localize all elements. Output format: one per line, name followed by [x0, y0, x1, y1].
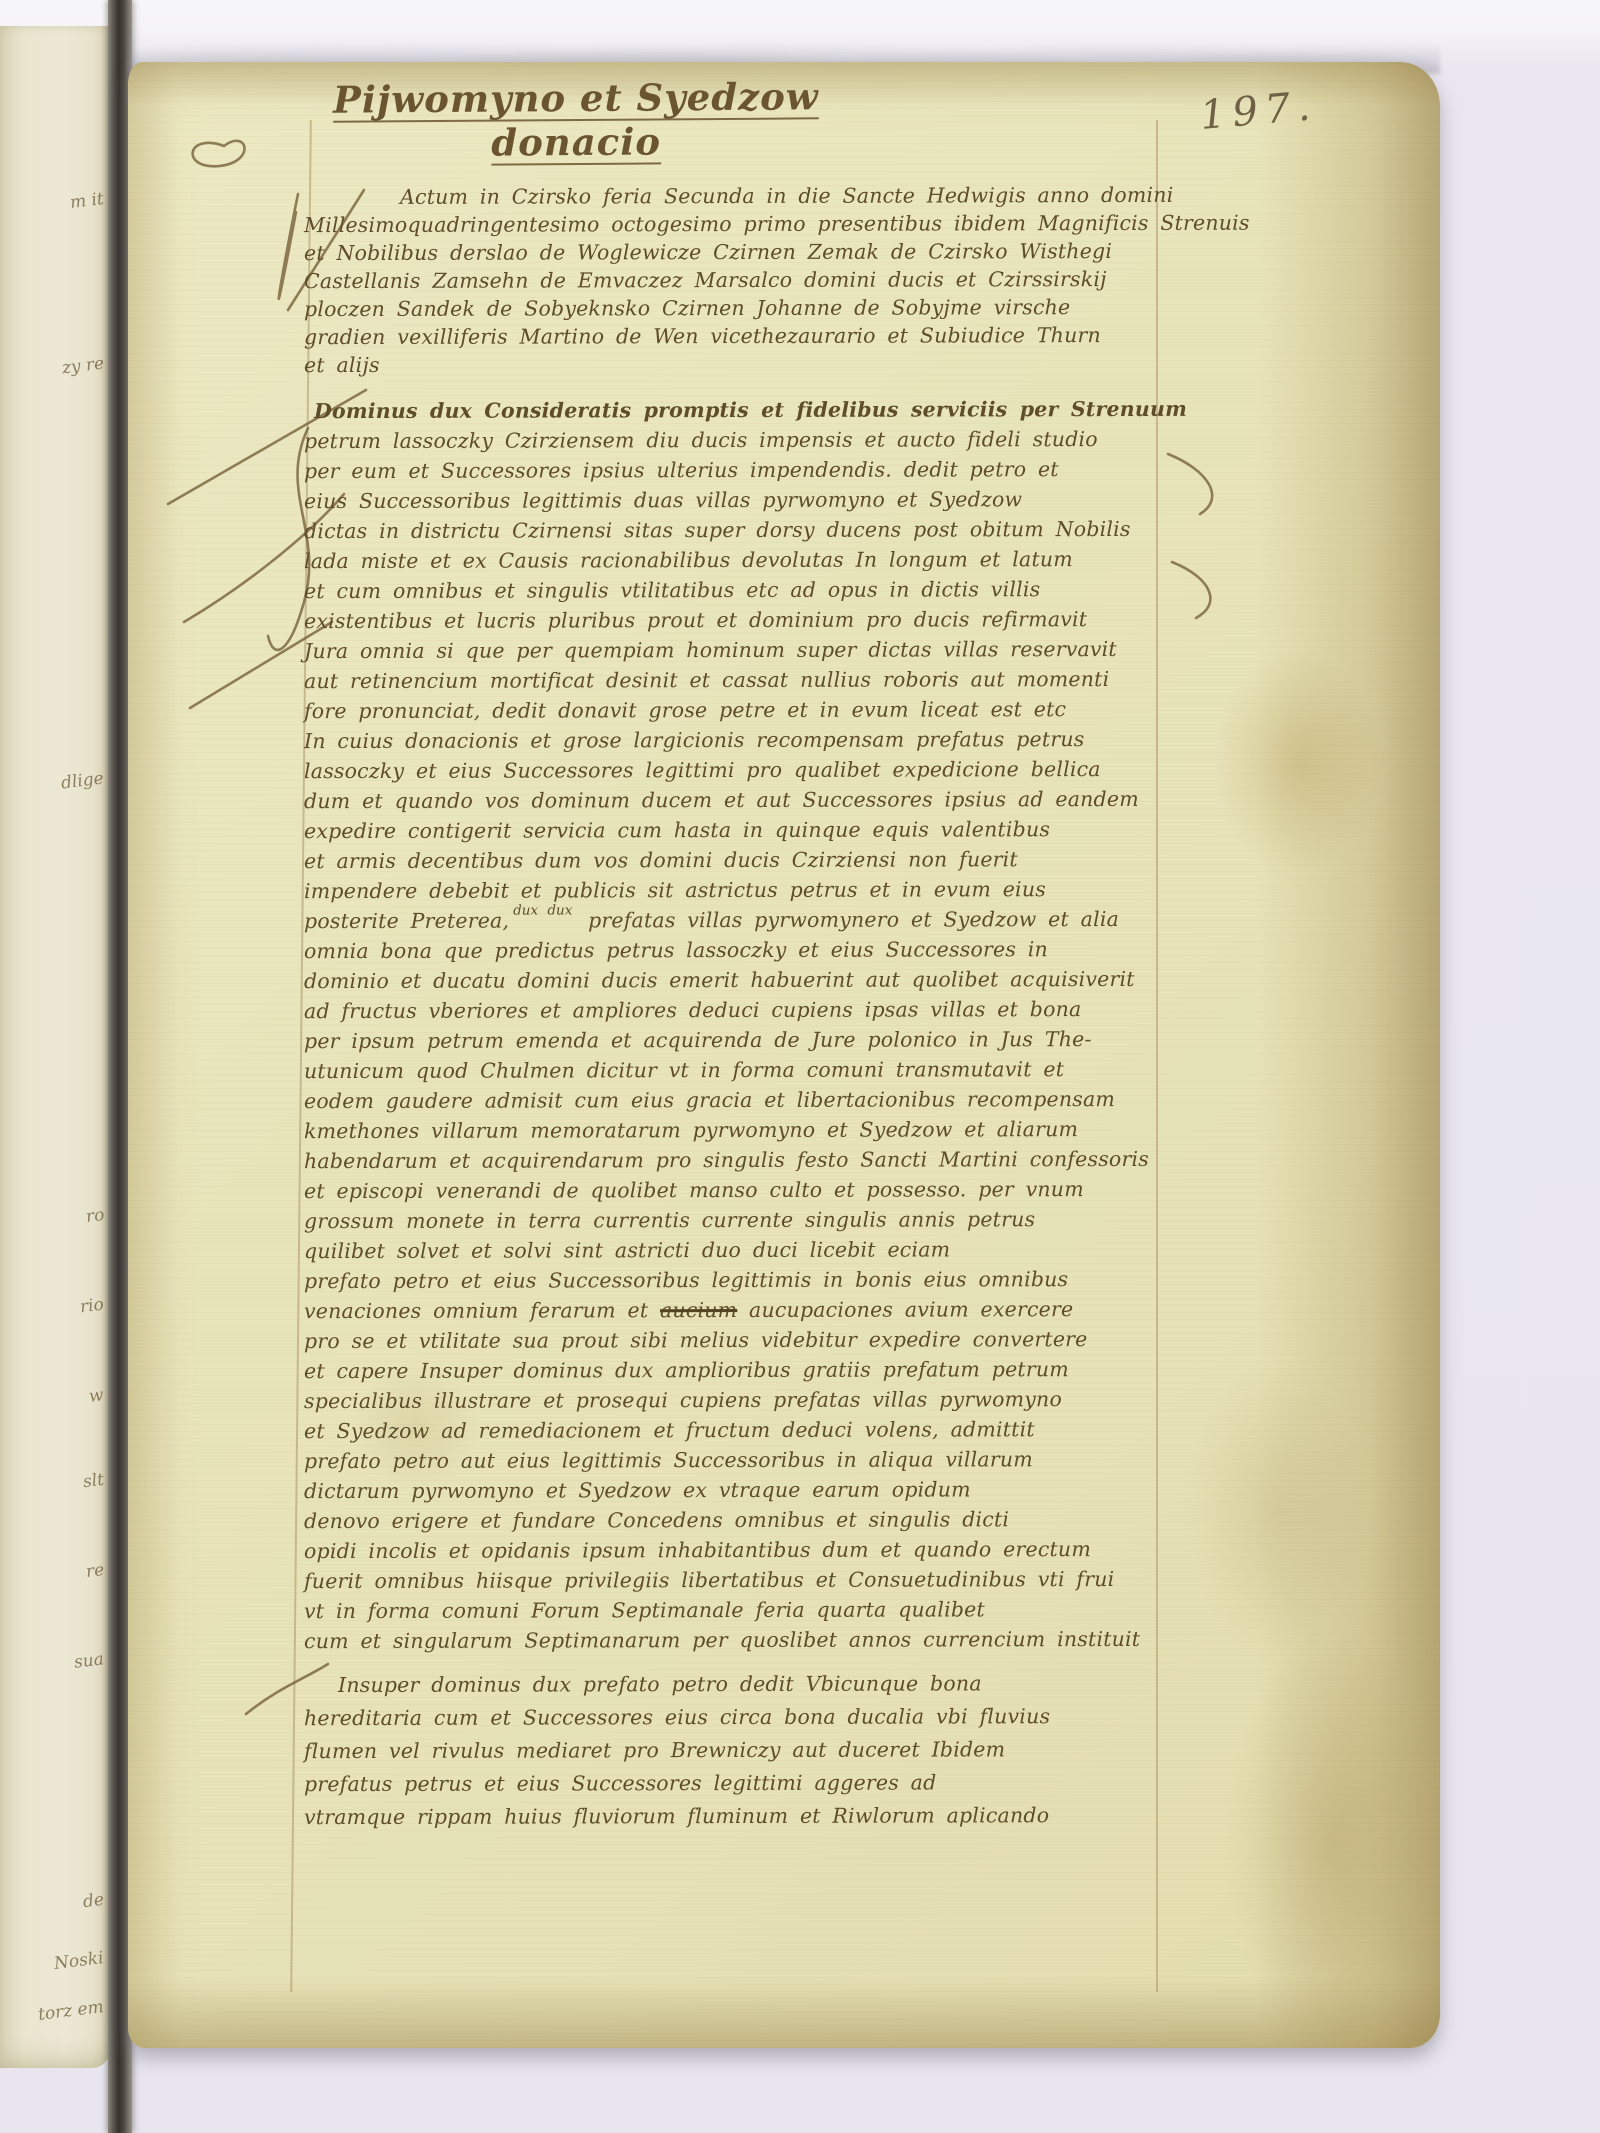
verso-text-fragment: re: [85, 1560, 105, 1582]
text-line: habendarum et acquirendarum pro singulis…: [304, 1144, 1174, 1176]
text-line: et Nobilibus derslao de Woglewicze Czirn…: [304, 237, 1174, 267]
text-line: In cuius donacionis et grose largicionis…: [304, 724, 1174, 756]
text-line: et Syedzow ad remediacionem et fructum d…: [304, 1414, 1174, 1446]
verso-text-fragment: zy re: [61, 354, 105, 379]
text-line: quilibet solvet et solvi sint astricti d…: [304, 1234, 1174, 1266]
interlinear-insertion: dux dux: [513, 902, 572, 918]
text-line: dominio et ducatu domini ducis emerit ha…: [304, 964, 1174, 996]
page-title: Pijwomyno et Syedzow donacio: [296, 74, 857, 166]
text-line: Insuper dominus dux prefato petro dedit …: [304, 1667, 1174, 1702]
text-line: eodem gaudere admisit cum eius gracia et…: [304, 1084, 1174, 1116]
text-line: aut retinencium mortificat desinit et ca…: [304, 664, 1174, 696]
verso-text-fragment: slt: [82, 1470, 105, 1492]
text-line: petrum lassoczky Czirziensem diu ducis i…: [304, 424, 1174, 456]
text-line: ploczen Sandek de Sobyeknsko Czirnen Joh…: [304, 293, 1174, 323]
verso-text-fragment: de: [82, 1890, 105, 1912]
text-line: kmethones villarum memoratarum pyrwomyno…: [304, 1114, 1174, 1146]
paragraph: Dominus dux Consideratis promptis et fid…: [304, 395, 1174, 1655]
text-line: vt in forma comuni Forum Septimanale fer…: [304, 1594, 1174, 1626]
text-line: fore pronunciat, dedit donavit grose pet…: [304, 694, 1174, 726]
text-line: prefato petro et eius Successoribus legi…: [304, 1264, 1174, 1296]
verso-text-fragment: rio: [79, 1295, 105, 1318]
text-line: prefato petro aut eius legittimis Succes…: [304, 1444, 1174, 1476]
text-line: et capere Insuper dominus dux amplioribu…: [304, 1354, 1174, 1386]
text-line: eius Successoribus legittimis duas villa…: [304, 484, 1174, 516]
paragraph: Actum in Czirsko feria Secunda in die Sa…: [304, 182, 1174, 378]
text-line: utunicum quod Chulmen dicitur vt in form…: [304, 1054, 1174, 1086]
text-line: Dominus dux Consideratis promptis et fid…: [304, 394, 1174, 426]
text-line: cum et singularum Septimanarum per quosl…: [304, 1624, 1174, 1656]
text-line: prefatus petrus et eius Successores legi…: [304, 1766, 1174, 1801]
text-line: posterite Preterea,dux dux prefatas vill…: [304, 904, 1174, 936]
verso-text-fragment: m it: [69, 189, 105, 213]
text-line: ad fructus vberiores et ampliores deduci…: [304, 994, 1174, 1026]
text-line: omnia bona que predictus petrus lassoczk…: [304, 934, 1174, 966]
verso-text-fragment: torz em: [37, 1997, 105, 2025]
verso-text-fragment: Noski: [53, 1948, 105, 1974]
text-line: lassoczky et eius Successores legittimi …: [304, 754, 1174, 786]
text-line: pro se et vtilitate sua prout sibi meliu…: [304, 1324, 1174, 1356]
verso-text-fragment: ro: [84, 1205, 105, 1227]
manuscript-page: Pijwomyno et Syedzow donacio 197. Actum …: [128, 62, 1440, 2048]
text-line: flumen vel rivulus mediaret pro Brewnicz…: [304, 1733, 1174, 1768]
text-line: venaciones omnium ferarum et aucium aucu…: [304, 1294, 1174, 1326]
verso-text-fragment: sua: [73, 1649, 105, 1672]
text-line: hereditaria cum et Successores eius circ…: [304, 1700, 1174, 1735]
verso-text-fragment: dlige: [60, 768, 105, 793]
verso-text-fragment: w: [88, 1385, 105, 1407]
text-line: et cum omnibus et singulis vtilitatibus …: [304, 574, 1174, 606]
text-line: gradien vexilliferis Martino de Wen vice…: [304, 321, 1174, 351]
text-line: et alijs: [304, 349, 1174, 379]
text-line: denovo erigere et fundare Concedens omni…: [304, 1504, 1174, 1536]
struck-word: aucium: [660, 1298, 737, 1322]
text-line: per ipsum petrum emenda et acquirenda de…: [304, 1024, 1174, 1056]
text-line: impendere debebit et publicis sit astric…: [304, 874, 1174, 906]
text-line: grossum monete in terra currentis curren…: [304, 1204, 1174, 1236]
text-line: dictas in districtu Czirnensi sitas supe…: [304, 514, 1174, 546]
text-line: vtramque rippam huius fluviorum fluminum…: [304, 1799, 1174, 1834]
text-line: opidi incolis et opidanis ipsum inhabita…: [304, 1534, 1174, 1566]
left-page-edge: m itzy redligeroriowsltresuadeNoskitorz …: [0, 26, 110, 2068]
text-line: dictarum pyrwomyno et Syedzow ex vtraque…: [304, 1474, 1174, 1506]
text-line: et episcopi venerandi de quolibet manso …: [304, 1174, 1174, 1206]
text-line: Castellanis Zamsehn de Emvaczez Marsalco…: [304, 265, 1174, 295]
text-line: existentibus et lucris pluribus prout et…: [304, 604, 1174, 636]
text-line: lada miste et ex Causis racionabilibus d…: [304, 544, 1174, 576]
text-line: dum et quando vos dominum ducem et aut S…: [304, 784, 1174, 816]
text-line: expedire contigerit servicia cum hasta i…: [304, 814, 1174, 846]
text-line: specialibus illustrare et prosequi cupie…: [304, 1384, 1174, 1416]
paragraph: Insuper dominus dux prefato petro dedit …: [304, 1668, 1174, 1833]
folio-number: 197.: [1198, 83, 1319, 139]
text-line: et armis decentibus dum vos domini ducis…: [304, 844, 1174, 876]
text-line: per eum et Successores ipsius ulterius i…: [304, 454, 1174, 486]
text-line: Actum in Czirsko feria Secunda in die Sa…: [304, 181, 1174, 211]
text-line: Jura omnia si que per quempiam hominum s…: [304, 634, 1174, 666]
text-line: Millesimoquadringentesimo octogesimo pri…: [304, 209, 1174, 239]
manuscript-text: Actum in Czirsko feria Secunda in die Sa…: [304, 182, 1174, 1833]
text-line: fuerit omnibus hiisque privilegiis liber…: [304, 1564, 1174, 1596]
